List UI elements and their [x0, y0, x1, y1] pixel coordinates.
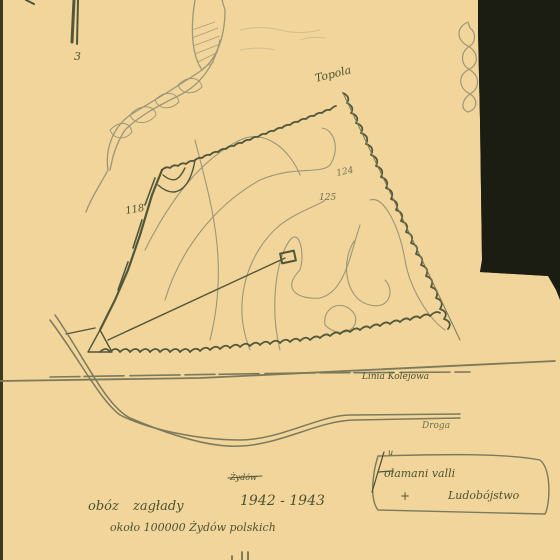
- caption-word-oboz: obóz: [88, 499, 119, 514]
- label-elevation-125: 125: [319, 193, 336, 203]
- top-left-mark-label: 3: [74, 50, 81, 63]
- caption-line-2: około 100000 Żydów polskich: [110, 520, 276, 534]
- paper-sheet: [0, 0, 560, 560]
- legend-line-2: Ludobójstwo: [447, 489, 520, 502]
- label-railway: Linia Kolejowa: [361, 372, 429, 382]
- legend-marker: +: [400, 489, 410, 503]
- caption-word-zaglady: zagłady: [132, 499, 184, 514]
- label-road: Droga: [421, 421, 450, 431]
- scan-background: [478, 0, 560, 290]
- legend-superscript: u: [388, 448, 393, 457]
- map-canvas: 3: [0, 0, 560, 560]
- legend-line-1: ołamani valli: [384, 467, 455, 480]
- scanned-map-document: 3: [0, 0, 560, 560]
- left-edge-shadow: [0, 0, 3, 560]
- caption-years: 1942 - 1943: [240, 493, 325, 509]
